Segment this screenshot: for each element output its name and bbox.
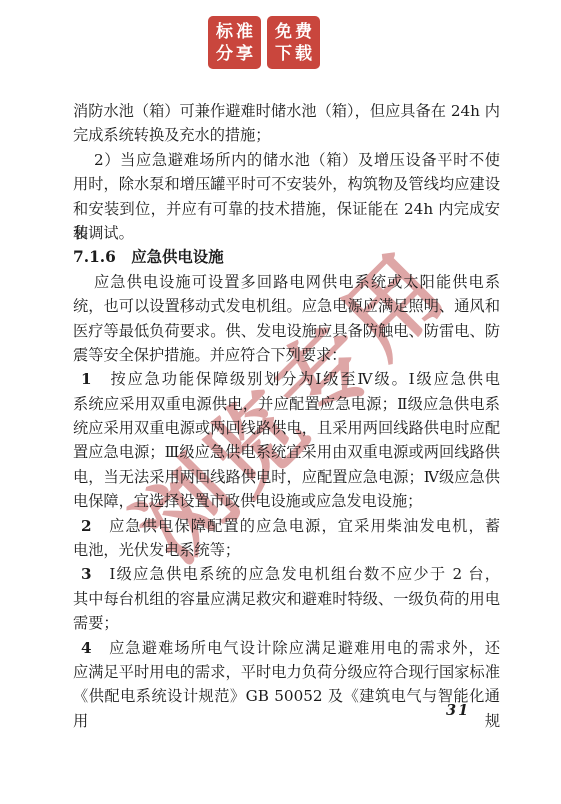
seal-stamp-text: 标准: [213, 21, 256, 43]
text-line: 电，当无法采用两回线路供电时，应配置应急电源；Ⅳ级应急供: [73, 465, 500, 489]
text-line: 《供配电系统设计规范》GB 50052 及《建筑电气与智能化通用规: [73, 684, 500, 708]
seal-stamp: 标准分享: [208, 16, 261, 69]
text-line: 电保障，宜选择设置市政供电设施或应急发电设施；: [73, 489, 500, 513]
text-line: 2 应急供电保障配置的应急电源，宜采用柴油发电机，蓄: [73, 514, 500, 538]
text-line: 3 Ⅰ级应急供电系统的应急发电机组台数不应少于 2 台，: [73, 562, 500, 586]
text-line: 4 应急避难场所电气设计除应满足避难用电的需求外，还: [73, 636, 500, 660]
item-number: 4: [81, 639, 92, 657]
text-line: 统应采用双重电源或两回线路供电，且采用两回线路供电时应配: [73, 416, 500, 440]
seal-stamp-text: 下载: [272, 43, 315, 65]
page-number: 31: [446, 702, 470, 719]
section-number: 7.1.6: [73, 248, 116, 266]
text-line: 和安装到位，并应有可靠的技术措施，保证能在 24h 内完成安装: [73, 197, 500, 221]
seal-stamps: 标准分享免费下载: [208, 16, 320, 69]
text-line: 系统应采用双重电源供电，并应配置应急电源；Ⅱ级应急供电系: [73, 392, 500, 416]
item-number: 3: [81, 565, 92, 583]
text-line: 医疗等最低负荷要求。供、发电设施应具备防触电、防雷电、防: [73, 319, 500, 343]
text-line: 其中每台机组的容量应满足救灾和避难时特级、一级负荷的用电: [73, 587, 500, 611]
text-column: 消防水池（箱）可兼作避难时储水池（箱），但应具备在 24h 内完成系统转换及充水…: [73, 99, 500, 709]
item-number: 2: [81, 517, 92, 535]
text-line: 置应急电源；Ⅲ级应急供电系统宜采用由双重电源或两回线路供: [73, 440, 500, 464]
text-line: 2）当应急避难场所内的储水池（箱）及增压设备平时不使: [73, 148, 500, 172]
document-page: 标准分享免费下载 浏览专用 消防水池（箱）可兼作避难时储水池（箱），但应具备在 …: [0, 0, 561, 804]
text-line: 应满足平时用电的需求，平时电力负荷分级应符合现行国家标准: [73, 660, 500, 684]
seal-stamp-text: 免费: [272, 21, 315, 43]
text-line: 需要；: [73, 611, 500, 635]
seal-stamp: 免费下载: [267, 16, 320, 69]
text-line: 震等安全保护措施。并应符合下列要求：: [73, 343, 500, 367]
text-line: 1 按应急功能保障级别划分为Ⅰ级至Ⅳ级。Ⅰ级应急供电: [73, 367, 500, 391]
text-line: 和调试。: [73, 221, 500, 245]
text-line: 统，也可以设置移动式发电机组。应急电源应满足照明、通风和: [73, 294, 500, 318]
text-line: 消防水池（箱）可兼作避难时储水池（箱），但应具备在 24h 内: [73, 99, 500, 123]
text-line: 完成系统转换及充水的措施；: [73, 123, 500, 147]
item-number: 1: [81, 370, 92, 388]
section-heading: 7.1.6 应急供电设施: [73, 245, 500, 269]
text-line: 用时，除水泵和增压罐平时可不安装外，构筑物及管线均应建设: [73, 172, 500, 196]
seal-stamp-text: 分享: [213, 43, 256, 65]
text-line: 应急供电设施可设置多回路电网供电系统或太阳能供电系: [73, 270, 500, 294]
text-line: 电池，光伏发电系统等；: [73, 538, 500, 562]
